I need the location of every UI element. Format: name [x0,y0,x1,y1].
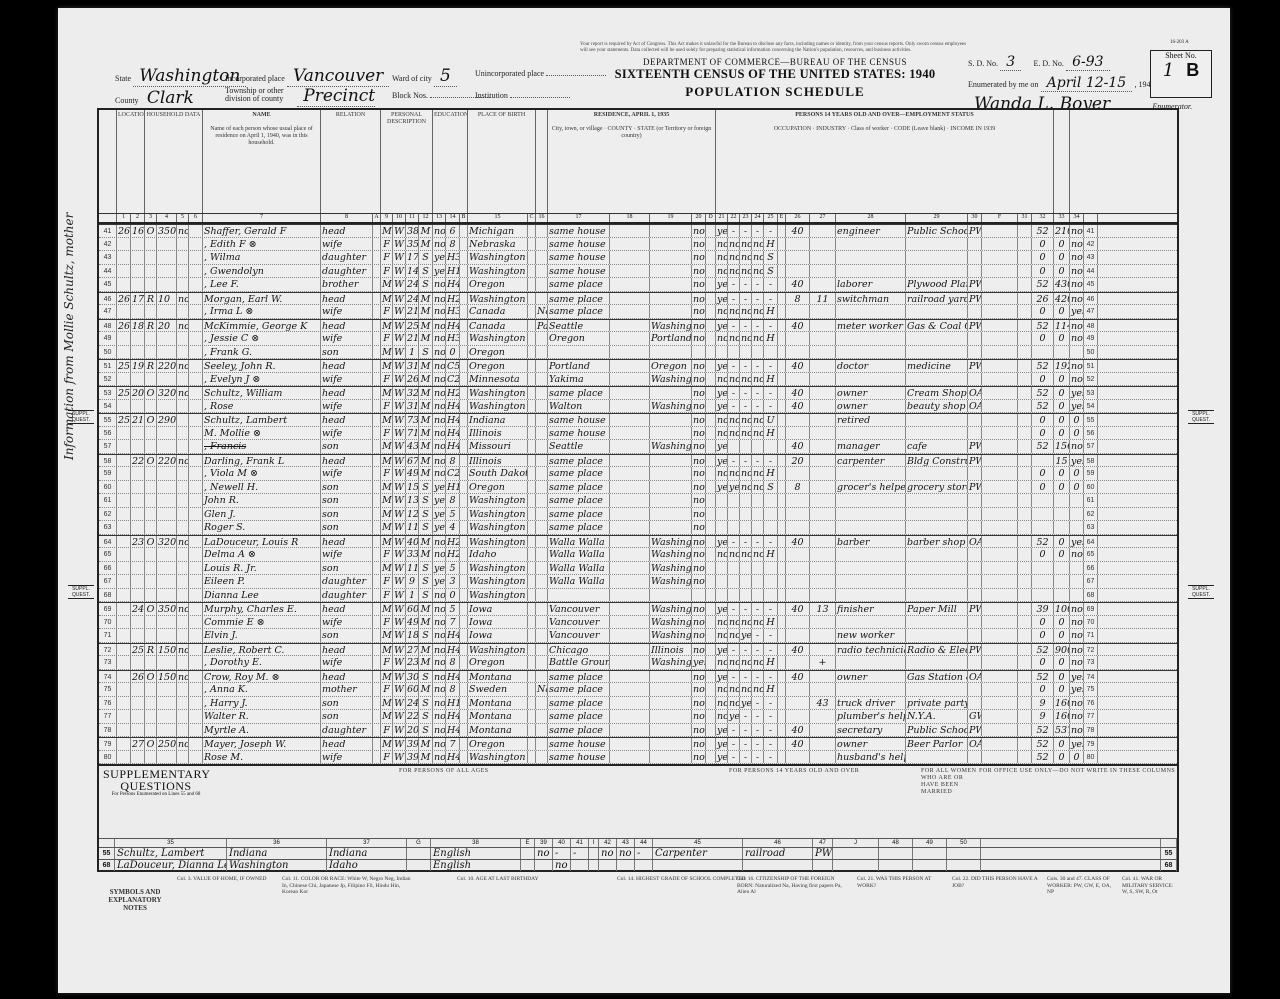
cell-value [157,440,177,453]
cell-sch: no [433,548,446,561]
blank-cell [706,629,716,642]
cell-farm35: no [692,548,706,561]
cell-house [117,346,131,359]
cell-wk39: 0 [1032,481,1054,494]
cell-birth: Illinois [468,455,528,467]
blank-cell [706,293,716,305]
cell-farm [177,427,189,440]
blank-cell [528,494,536,507]
blank-cell [1018,603,1032,615]
header-education: EDUCATION [433,110,468,213]
cell-work: no [716,238,728,251]
cell-cls [968,589,982,602]
cell-state35 [650,521,692,534]
column-number: 48 [879,839,913,847]
cell-grade: H1 [446,697,460,710]
table-row: 47, Irma L ⊗wifeFW21MnoH3CanadaNasame pl… [99,305,1177,319]
cell-birth: Minnesota [468,373,528,386]
cell-farm35: no [692,536,706,548]
header-name: NAMEName of each person whose usual plac… [203,110,321,213]
cell-hrs [786,414,810,426]
cell-wks [810,521,836,534]
blank-cell [1018,521,1032,534]
cell-wks [810,440,836,453]
cell-hh [131,427,145,440]
blank-cell [982,536,1018,548]
cell-own [145,251,157,264]
cell-county35 [610,225,650,237]
cell-hh: 24 [131,603,145,615]
cell-wks [810,738,836,750]
cell-q26: - [764,225,778,237]
cell-work: yes [716,440,728,453]
cell-mar: S [419,629,433,642]
cell-city: same place [548,293,610,305]
column-number: 5 [177,214,189,222]
cell-mar: M [419,305,433,318]
cell-county35 [610,494,650,507]
cell-race: W [393,360,406,372]
cell-rel: wife [321,656,373,669]
cell-hrs [786,346,810,359]
cell-own: R [145,293,157,305]
blank-cell [528,536,536,548]
cell-farm [177,629,189,642]
cell-city: same place [548,467,610,480]
cell-age: 31 [406,360,419,372]
blank-cell [528,427,536,440]
cell-q26 [764,494,778,507]
cell-value [157,332,177,345]
cell-mar: S [419,671,433,683]
cell-ind: Plywood Plant [906,278,968,291]
table-row: 54, RosewifeFW31MnoH4WashingtonWaltonWas… [99,400,1177,414]
cell-wk39: 52 [1032,751,1054,764]
cell-race: W [393,603,406,615]
cell-work [716,521,728,534]
cell-q24: no [740,332,752,345]
cell-grade: C2 [446,467,460,480]
cell-farm [177,589,189,602]
cell-own: R [145,320,157,332]
cell-wage: 430 [1054,278,1070,291]
column-number: 26 [786,214,810,222]
blank-cell [460,387,468,399]
cell-work: yes [716,536,728,548]
cell-q25: no [752,414,764,426]
cell-birth: Washington [468,251,528,264]
table-row: 59, Viola M ⊗wifeFW49MnoC2South Dakotasa… [99,467,1177,481]
cell-wage [1054,575,1070,588]
cell-q24: - [740,387,752,399]
cell-q24: - [740,603,752,615]
blank-cell [982,521,1018,534]
cell-age: 9 [406,575,419,588]
cell-wage: 0 [1054,751,1070,764]
cell-city: same place [548,305,610,318]
cell-race: W [393,548,406,561]
cell-state35 [650,251,692,264]
cell-hrs: 40 [786,644,810,656]
cell-county35 [610,238,650,251]
table-row: 61John R.sonMW13Syes8Washingtonsame plac… [99,494,1177,508]
table-row: 50, Frank G.sonMW1Sno0Oregon50 [99,346,1177,360]
cell-q23: - [728,644,740,656]
cell-hrs [786,265,810,278]
blank-cell [189,494,203,507]
cell-q26: - [764,629,778,642]
cell-occ: finisher [836,603,906,615]
cell-birth: Washington [468,494,528,507]
blank-cell [1018,481,1032,494]
cell-sch: no [433,616,446,629]
cell-mar: M [419,751,433,764]
cell-hh: 17 [131,293,145,305]
cell-work: yes [716,400,728,413]
cell-q23: - [728,320,740,332]
cell-wks [810,238,836,251]
cell-cls: PW [968,724,982,737]
blank-cell [778,251,786,264]
cell-farm35: no [692,683,706,696]
cell-age: 21 [406,305,419,318]
blank-cell [706,332,716,345]
column-number: 34 [1070,214,1084,222]
cell-hrs [786,238,810,251]
cell-ind [906,467,968,480]
blank-cell [528,738,536,750]
cell-name: Roger S. [203,521,321,534]
cell-own [145,724,157,737]
cell-state35: Washington [650,536,692,548]
cell-q25: - [752,455,764,467]
cell-ss43: no [617,848,635,859]
cell-farm [177,373,189,386]
cell-wage: 0 [1054,414,1070,426]
cell-city: same house [548,251,610,264]
cell-wage [1054,494,1070,507]
cell-sex: F [381,332,393,345]
cell-city: Vancouver [548,629,610,642]
blank-cell [373,387,381,399]
blank-cell [373,332,381,345]
header-employment: PERSONS 14 YEARS OLD AND OVER—EMPLOYMENT… [716,110,1054,213]
cell-q24 [740,521,752,534]
cell-own: O [145,536,157,548]
cell-other: no [1070,603,1084,615]
section-women: FOR ALL WOMEN WHO ARE OR HAVE BEEN MARRI… [921,768,981,796]
cell-q24: no [740,414,752,426]
cell-wks [810,629,836,642]
cell-county35 [610,521,650,534]
cell-cit [536,508,548,521]
cell-sch: no [433,455,446,467]
cell-house: 2605 [117,293,131,305]
blank-cell [1018,440,1032,453]
line-number: 45 [1084,278,1098,291]
cell-city: Portland [548,360,610,372]
column-number: 28 [836,214,906,222]
line-number: 44 [1084,265,1098,278]
cell-q24: - [740,455,752,467]
cell-wks [810,400,836,413]
cell-ind: medicine [906,360,968,372]
cell-mar: S [419,562,433,575]
cell-hh [131,697,145,710]
cell-house [117,536,131,548]
cell-work: yes [716,387,728,399]
cell-mar: S [419,265,433,278]
cell-birth: Iowa [468,603,528,615]
blank-cell [528,683,536,696]
blank-cell [778,400,786,413]
cell-own [145,494,157,507]
cell-other: yes [1070,671,1084,683]
cell-age: 23 [406,656,419,669]
line-number: 75 [99,683,117,696]
cell-mar: M [419,738,433,750]
blank-cell [706,265,716,278]
blank-cell [189,238,203,251]
cell-value [157,238,177,251]
cell-hh [131,629,145,642]
cell-county35 [610,481,650,494]
cell-race: W [393,751,406,764]
cell-v41 [571,860,589,871]
cell-cls [968,265,982,278]
cell-county35 [610,738,650,750]
cell-birth: Iowa [468,616,528,629]
cell-race: W [393,332,406,345]
cell-age: 43 [406,440,419,453]
cell-value [157,589,177,602]
population-table: LOCATION HOUSEHOLD DATA NAMEName of each… [97,108,1179,766]
cell-ind: Gas Station & Garage [906,671,968,683]
cell-cit [536,656,548,669]
cell-ind [906,548,968,561]
cell-hh [131,265,145,278]
cell-other [1070,494,1084,507]
cell-q25: - [752,710,764,723]
cell-rel: son [321,481,373,494]
cell-age: 60 [406,683,419,696]
blank-cell [778,656,786,669]
blank-cell [706,225,716,237]
line-number: 59 [1084,467,1098,480]
cell-occ: grocer's helper [836,481,906,494]
blank-cell [1018,629,1032,642]
cell-occ [836,427,906,440]
blank-cell [913,848,947,859]
cell-state35 [650,427,692,440]
line-number: 46 [1084,293,1098,305]
blank-cell [189,373,203,386]
cell-wk39: 0 [1032,238,1054,251]
cell-grade: 5 [446,508,460,521]
cell-mar: M [419,400,433,413]
cell-ss42 [599,860,617,871]
cell-work: no [716,629,728,642]
header-household: HOUSEHOLD DATA [145,110,203,213]
cell-cit [536,629,548,642]
blank-cell [528,225,536,237]
blank-cell [778,738,786,750]
cell-q25: no [752,467,764,480]
line-number: 79 [1084,738,1098,750]
cell-wk39: 9 [1032,710,1054,723]
cell-wage [1054,562,1070,575]
cell-other: no [1070,225,1084,237]
cell-wk39 [1032,521,1054,534]
cell-age: 24 [406,697,419,710]
cell-q25 [752,562,764,575]
cell-farm35: no [692,467,706,480]
cell-cls: PW [968,320,982,332]
blank-cell [706,346,716,359]
cell-name: , Frank G. [203,346,321,359]
cell-wage: 420 [1054,293,1070,305]
cell-occ [836,265,906,278]
cell-state35 [650,671,692,683]
cell-age: 39 [406,738,419,750]
cell-grade: H4 [446,414,460,426]
cell-hrs [786,548,810,561]
blank-cell [460,320,468,332]
sheet-number-box: Sheet No. 1 B [1150,50,1212,98]
cell-own: O [145,738,157,750]
cell-q25 [752,575,764,588]
blank-cell [460,238,468,251]
cell-grade: H2 [446,387,460,399]
cell-q25: - [752,225,764,237]
cell-wage: 0 [1054,265,1070,278]
table-row: 63Roger S.sonMW11Syes4Washingtonsame pla… [99,521,1177,535]
cell-cit: Pa [536,320,548,332]
blank-cell [189,414,203,426]
cell-grade: C5 [446,360,460,372]
cell-farm [177,724,189,737]
cell-race: W [393,265,406,278]
cell-wage: 0 [1054,467,1070,480]
cell-state35: Illinois [650,644,692,656]
blank-cell [528,548,536,561]
column-number: 24 [752,214,764,222]
cell-value: 2200 [157,455,177,467]
cell-q23: no [728,656,740,669]
cell-other: 0 [1070,467,1084,480]
cell-state35 [650,589,692,602]
cell-wk39 [1032,346,1054,359]
blank-cell [460,346,468,359]
cell-cls [968,683,982,696]
cell-other: no [1070,644,1084,656]
column-number: 22 [728,214,740,222]
cell-sex: F [381,251,393,264]
cell-birth: Washington [468,265,528,278]
table-row: 41261316O3500noShaffer, Gerald FheadMW38… [99,224,1177,238]
cell-mar: M [419,656,433,669]
line-number: 51 [1084,360,1098,372]
column-number: 11 [406,214,419,222]
cell-value: 1500 [157,671,177,683]
table-row: 65Delma A ⊗wifeFW33MnoH2IdahoWalla Walla… [99,548,1177,562]
note-col16: Col. 16. CITIZENSHIP OF THE FOREIGN BORN… [737,876,847,896]
cell-value [157,265,177,278]
cell-age: 39 [406,751,419,764]
blank-cell [528,751,536,764]
cell-ind: Radio & Electric Co [906,644,968,656]
cell-wage: 160 [1054,710,1070,723]
cell-birth: Oregon [468,346,528,359]
cell-wks [810,265,836,278]
note-col21: Col. 21. WAS THIS PERSON AT WORK? [857,876,947,889]
column-number: 4 [157,214,177,222]
cell-cls [968,508,982,521]
cell-race: W [393,225,406,237]
cell-own: R [145,360,157,372]
blank-cell [982,603,1018,615]
cell-birth: Canada [468,305,528,318]
cell-sex: F [381,238,393,251]
cell-q23 [728,440,740,453]
line-number: 56 [99,427,117,440]
cell-birth: Washington [468,536,528,548]
cell-other: yes [1070,536,1084,548]
cell-age: 33 [406,548,419,561]
column-number: 36 [227,839,327,847]
cell-state35: Washington [650,629,692,642]
cell-name: , Jessie C ⊗ [203,332,321,345]
cell-own [145,467,157,480]
column-number: 15 [468,214,528,222]
cell-hh: 22 [131,455,145,467]
cell-cit [536,548,548,561]
cell-q25: - [752,738,764,750]
cell-mar: M [419,427,433,440]
cell-q26: - [764,724,778,737]
cell-q25: - [752,724,764,737]
cell-q24: no [740,251,752,264]
cell-q26: - [764,671,778,683]
blank-cell [189,751,203,764]
sd-value: 3 [1000,54,1021,71]
cell-hrs: 40 [786,603,810,615]
blank-cell [706,575,716,588]
cell-cls [968,494,982,507]
blank-cell [982,589,1018,602]
cell-cls [968,548,982,561]
blank-cell [373,414,381,426]
cell-farm [177,481,189,494]
cell-state35: Washington [650,656,692,669]
cell-q26: - [764,320,778,332]
cell-hh: 20 [131,387,145,399]
cell-sex: F [381,616,393,629]
cell-farm35: no [692,278,706,291]
cell-name: , Edith F ⊗ [203,238,321,251]
header-birth: PLACE OF BIRTH [468,110,536,213]
cell-sex: M [381,387,393,399]
blank-cell [879,860,913,871]
cell-house [117,562,131,575]
cell-wage: 0 [1054,373,1070,386]
cell-grade: H3 [446,305,460,318]
cell-q25 [752,508,764,521]
cell-sex: M [381,710,393,723]
table-row: 71Elvin J.sonMW18SnoH4IowaVancouverWashi… [99,629,1177,643]
cell-farm35: no [692,387,706,399]
cell-birth: Washington [468,508,528,521]
